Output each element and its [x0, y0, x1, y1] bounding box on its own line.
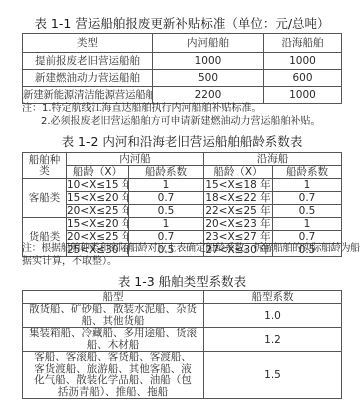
table-row: 客船、客滚船、客货船、客渡船、客货渡船、旅游船、其他客船、液化气船、散装化学品船…: [23, 352, 342, 399]
group-passenger: 客船类: [23, 179, 67, 218]
header-type-coef: 船型系数: [204, 291, 342, 304]
table-row: 货船类 15<X≤20 年 1 20<X≤23 年 1: [23, 218, 342, 231]
header-type: 类型: [23, 34, 153, 53]
coastal-coef: 0.7: [273, 192, 342, 205]
subheader-inland-coef: 船龄系数: [129, 166, 204, 179]
table-row: 散货船、矿砂船、散装水泥船、杂货船、其他货船 1.0: [23, 304, 342, 328]
subheader-inland-age: 船龄（X）: [67, 166, 129, 179]
cell-inland: 2200: [153, 87, 264, 104]
subheader-coastal-age: 船龄（X）: [204, 166, 273, 179]
inland-age: 20<X≤25 年: [67, 231, 129, 244]
header-inland: 内河船舶: [153, 34, 264, 53]
coastal-coef: 0.7: [273, 231, 342, 244]
table1-note-1: 注：1.特定航线江海直达船舶执行内河船舶补贴标准。: [22, 103, 262, 115]
cell-coastal: 1000: [264, 53, 342, 70]
type-coef-cell: 1.5: [204, 352, 342, 399]
inland-coef: 1: [129, 218, 204, 231]
inland-coef: 1: [129, 179, 204, 192]
header-coastal: 沿海船舶: [264, 34, 342, 53]
cell-type: 新建新能源清洁能源营运船舶: [23, 87, 153, 104]
coastal-age: 23<X≤27 年: [204, 231, 273, 244]
table-row: 提前报废老旧营运船舶 1000 1000: [23, 53, 342, 70]
table2-note-line1: 注：根据船舶种类和实际船龄对应上表确定船龄系数。拆解船舶的实际船龄为船: [22, 243, 360, 255]
type-coef-cell: 1.2: [204, 328, 342, 352]
coastal-age: 18<X≤22 年: [204, 192, 273, 205]
cell-inland: 1000: [153, 53, 264, 70]
cell-type: 提前报废老旧营运船舶: [23, 53, 153, 70]
table3-title: 表 1-3 船舶类型系数表: [0, 272, 364, 290]
table-row: 15<X≤20 年 0.7 18<X≤22 年 0.7: [23, 192, 342, 205]
table1-title: 表 1-1 营运船舶报废更新补贴标准（单位：元/总吨）: [0, 14, 364, 32]
coastal-coef: 1: [273, 179, 342, 192]
cell-inland: 500: [153, 70, 264, 87]
ship-age-coefficient-table: 船舶种类 内河船 沿海船 船龄（X） 船龄系数 船龄（X） 船龄系数 客船类 1…: [22, 152, 342, 257]
ship-type-cell: 集装箱船、冷藏船、多用途船、货滚船、木材船: [23, 328, 204, 352]
coastal-age: 20<X≤23 年: [204, 218, 273, 231]
coastal-coef: 0.5: [273, 205, 342, 218]
table2-note-line2: 据实计算，不取整）。: [22, 256, 117, 268]
ship-type-coefficient-table: 船型 船型系数 散货船、矿砂船、散装水泥船、杂货船、其他货船 1.0 集装箱船、…: [22, 290, 342, 399]
inland-age: 15<X≤20 年: [67, 218, 129, 231]
cell-coastal: 1000: [264, 87, 342, 104]
inland-coef: 0.5: [129, 205, 204, 218]
cell-type: 新建燃油动力营运船舶: [23, 70, 153, 87]
ship-type-cell: 散货船、矿砂船、散装水泥船、杂货船、其他货船: [23, 304, 204, 328]
table1-note-2: 2.必须报废老旧营运船舶方可申请新建燃油动力营运船舶补贴。: [41, 116, 321, 128]
inland-coef: 0.7: [129, 192, 204, 205]
table-header-row: 类型 内河船舶 沿海船舶: [23, 34, 342, 53]
inland-coef: 0.7: [129, 231, 204, 244]
header-coastal: 沿海船: [204, 153, 342, 166]
coastal-age: 15<X≤18 年: [204, 179, 273, 192]
table-row: 新建新能源清洁能源营运船舶 2200 1000: [23, 87, 342, 104]
header-inland: 内河船: [67, 153, 204, 166]
table-header-row: 船型 船型系数: [23, 291, 342, 304]
table-row: 20<X≤25 年 0.7 23<X≤27 年 0.7: [23, 231, 342, 244]
table2-title: 表 1-2 内河和沿海老旧营运船舶船龄系数表: [0, 132, 364, 150]
inland-age: 20<X≤25 年: [67, 205, 129, 218]
table-row: 20<X≤25 年 0.5 22<X≤25 年 0.5: [23, 205, 342, 218]
subheader-coastal-coef: 船龄系数: [273, 166, 342, 179]
table-header-row: 船舶种类 内河船 沿海船: [23, 153, 342, 166]
header-ship-type: 船型: [23, 291, 204, 304]
table-subheader-row: 船龄（X） 船龄系数 船龄（X） 船龄系数: [23, 166, 342, 179]
inland-age: 10<X≤15 年: [67, 179, 129, 192]
table-row: 新建燃油动力营运船舶 500 600: [23, 70, 342, 87]
coastal-coef: 1: [273, 218, 342, 231]
inland-age: 15<X≤20 年: [67, 192, 129, 205]
coastal-age: 22<X≤25 年: [204, 205, 273, 218]
subsidy-standard-table: 类型 内河船舶 沿海船舶 提前报废老旧营运船舶 1000 1000 新建燃油动力…: [22, 33, 342, 104]
table-row: 客船类 10<X≤15 年 1 15<X≤18 年 1: [23, 179, 342, 192]
type-coef-cell: 1.0: [204, 304, 342, 328]
table-row: 集装箱船、冷藏船、多用途船、货滚船、木材船 1.2: [23, 328, 342, 352]
cell-coastal: 600: [264, 70, 342, 87]
header-ship-type: 船舶种类: [23, 153, 67, 179]
ship-type-cell: 客船、客滚船、客货船、客渡船、客货渡船、旅游船、其他客船、液化气船、散装化学品船…: [23, 352, 204, 399]
